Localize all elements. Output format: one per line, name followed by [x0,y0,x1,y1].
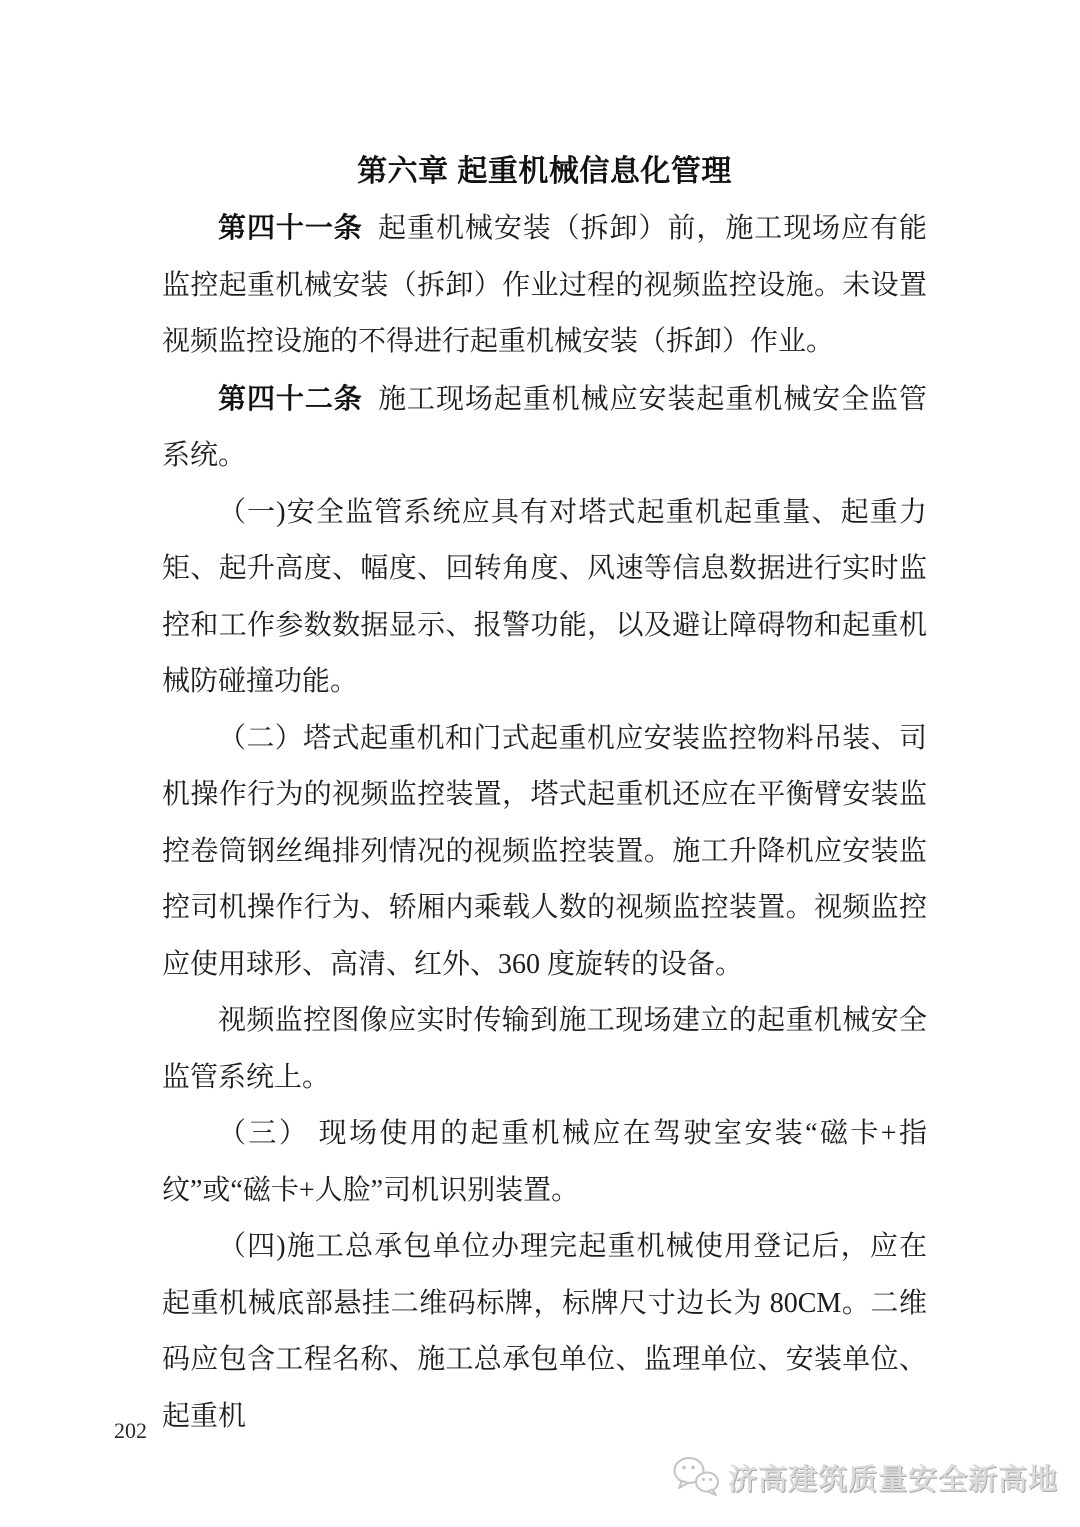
wechat-icon [672,1455,720,1499]
paragraph-item-1: （一)安全监管系统应具有对塔式起重机起重量、起重力矩、起升高度、幅度、回转角度、… [162,485,927,711]
paragraph-text: （四)施工总承包单位办理完起重机械使用登记后，应在起重机械底部悬挂二维码标牌，标… [162,1231,927,1432]
paragraph-text: （二）塔式起重机和门式起重机应安装监控物料吊装、司机操作行为的视频监控装置，塔式… [162,723,927,980]
paragraph-video-transmission: 视频监控图像应实时传输到施工现场建立的起重机械安全监管系统上。 [162,993,927,1106]
paragraph-article-41: 第四十一条起重机械安装（拆卸）前，施工现场应有能监控起重机械安装（拆卸）作业过程… [162,200,927,371]
paragraph-item-2: （二）塔式起重机和门式起重机应安装监控物料吊装、司机操作行为的视频监控装置，塔式… [162,711,927,994]
article-42-number: 第四十二条 [218,383,363,414]
paragraph-text: 视频监控图像应实时传输到施工现场建立的起重机械安全监管系统上。 [162,1005,927,1093]
watermark: 济高建筑质量安全新高地 [672,1455,1058,1499]
document-text-block: 第六章 起重机械信息化管理 第四十一条起重机械安装（拆卸）前，施工现场应有能监控… [162,143,927,1445]
document-page: 第六章 起重机械信息化管理 第四十一条起重机械安装（拆卸）前，施工现场应有能监控… [0,0,1080,1527]
paragraph-item-4: （四)施工总承包单位办理完起重机械使用登记后，应在起重机械底部悬挂二维码标牌，标… [162,1219,927,1445]
paragraph-text: （一)安全监管系统应具有对塔式起重机起重量、起重力矩、起升高度、幅度、回转角度、… [162,497,927,698]
paragraph-article-42: 第四十二条施工现场起重机械应安装起重机械安全监管系统。 [162,371,927,485]
chapter-title: 第六章 起重机械信息化管理 [162,143,927,200]
paragraph-text: （三） 现场使用的起重机械应在驾驶室安装“磁卡+指纹”或“磁卡+人脸”司机识别装… [162,1118,927,1206]
page-number: 202 [114,1418,147,1444]
paragraph-item-3: （三） 现场使用的起重机械应在驾驶室安装“磁卡+指纹”或“磁卡+人脸”司机识别装… [162,1106,927,1219]
watermark-text: 济高建筑质量安全新高地 [728,1457,1058,1498]
article-41-number: 第四十一条 [218,212,363,243]
